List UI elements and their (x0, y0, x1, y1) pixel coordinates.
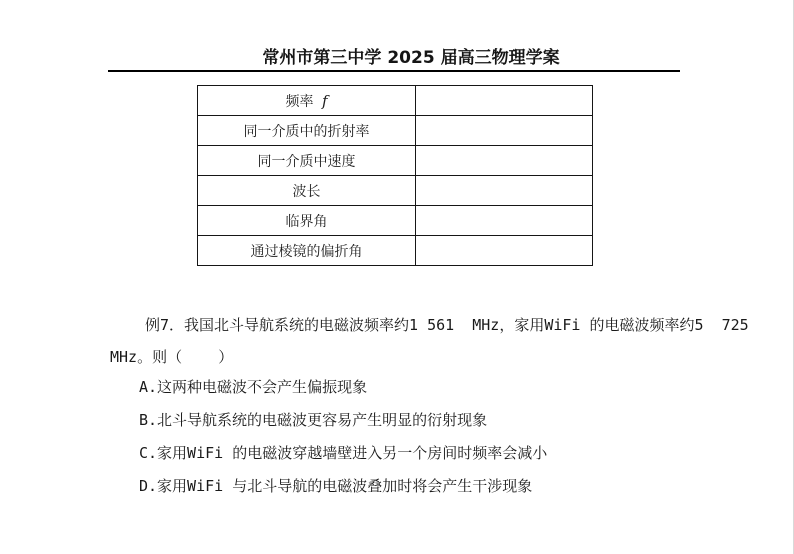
option-a: A.这两种电磁波不会产生偏振现象 (139, 379, 367, 396)
table-cell-label: 同一介质中的折射率 (198, 116, 416, 146)
table-row: 临界角 (198, 206, 593, 236)
table-cell-value (416, 146, 593, 176)
row-label-text: 频率 (286, 94, 322, 110)
table-cell-label: 频率 f (198, 86, 416, 116)
table-cell-value (416, 176, 593, 206)
properties-table: 频率 f 同一介质中的折射率 同一介质中速度 波长 临界角 通过棱镜的偏折角 (197, 85, 593, 266)
option-c: C.家用WiFi 的电磁波穿越墙壁进入另一个房间时频率会减小 (139, 445, 547, 462)
table-cell-label: 同一介质中速度 (198, 146, 416, 176)
question-line-1: 例7．我国北斗导航系统的电磁波频率约1 561 MHz，家用WiFi 的电磁波频… (145, 317, 749, 334)
table-row: 同一介质中速度 (198, 146, 593, 176)
page-title: 常州市第三中学 2025 届高三物理学案 (108, 49, 714, 68)
table-cell-value (416, 236, 593, 266)
table-cell-value (416, 86, 593, 116)
table-cell-value (416, 116, 593, 146)
table-row: 同一介质中的折射率 (198, 116, 593, 146)
table-cell-label: 通过棱镜的偏折角 (198, 236, 416, 266)
table-row: 波长 (198, 176, 593, 206)
table-row: 频率 f (198, 86, 593, 116)
question-line-2: MHz。则（ ） (110, 349, 233, 366)
table-cell-label: 波长 (198, 176, 416, 206)
frequency-symbol: f (322, 92, 328, 110)
option-d: D.家用WiFi 与北斗导航的电磁波叠加时将会产生干涉现象 (139, 478, 532, 495)
table-cell-label: 临界角 (198, 206, 416, 236)
document-page: 常州市第三中学 2025 届高三物理学案 频率 f 同一介质中的折射率 同一介质… (0, 0, 794, 554)
table-row: 通过棱镜的偏折角 (198, 236, 593, 266)
option-b: B.北斗导航系统的电磁波更容易产生明显的衍射现象 (139, 412, 487, 429)
title-divider-rule (108, 70, 680, 72)
table-cell-value (416, 206, 593, 236)
